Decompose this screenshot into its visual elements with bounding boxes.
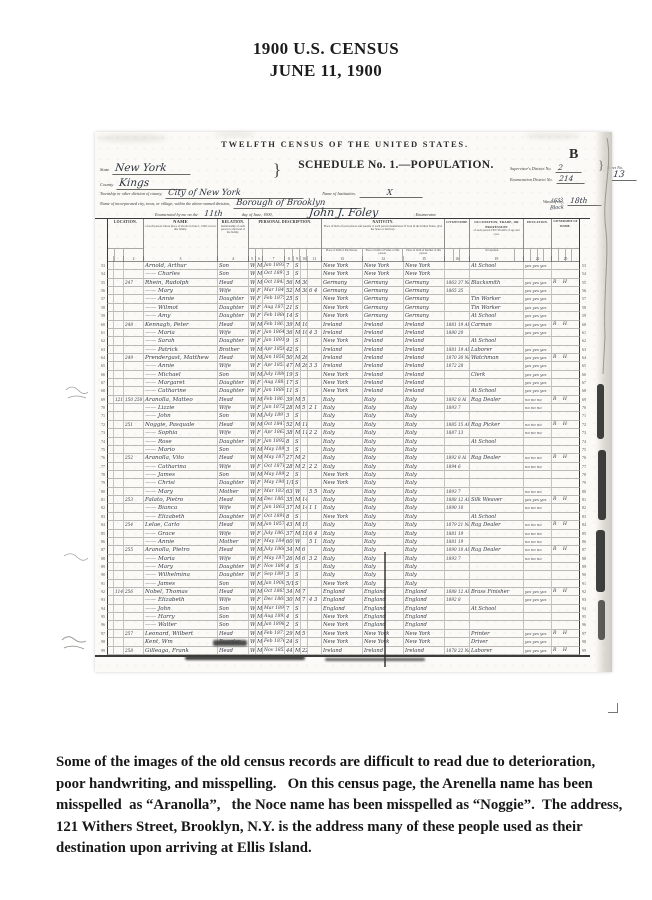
- line-number-left: 67: [95, 379, 107, 387]
- cell-education: no no no: [524, 555, 552, 563]
- cell-race: W: [249, 346, 256, 354]
- cell-street: [107, 463, 114, 471]
- line-number-right: 91: [580, 580, 590, 588]
- cell-family-number: [124, 312, 144, 320]
- table-row: 62 —— Sarah Daughter W F Jan 1891 9 S Ne…: [95, 337, 590, 345]
- cell-father-birthplace: Italy: [363, 446, 404, 454]
- cell-place-of-birth: Italy: [322, 412, 363, 420]
- cell-date-of-birth: Oct 1897: [263, 270, 285, 278]
- cell-mother-birthplace: Italy: [404, 479, 445, 487]
- cell-years-married: 26: [301, 362, 308, 370]
- enumerator-label: , Enumerator.: [414, 212, 437, 217]
- cell-family-number: [124, 329, 144, 337]
- cell-mother-birthplace: Italy: [404, 513, 445, 521]
- cell-ownership: [552, 571, 580, 579]
- cell-years-married: [301, 312, 308, 320]
- cell-name: Aranolla, Pietro: [144, 546, 218, 554]
- cell-house-number: [114, 412, 124, 420]
- cell-citizenship: 1865 35: [445, 287, 470, 295]
- cell-mother-birthplace: England: [404, 621, 445, 629]
- cell-age: 5/12: [285, 580, 294, 588]
- cell-house-number: [114, 438, 124, 446]
- table-row: 65 —— Annie Wife W F Apr 1853 47 M 26 3 …: [95, 362, 590, 370]
- cell-citizenship: [445, 571, 470, 579]
- cell-name: —— Annie: [144, 295, 218, 303]
- cell-citizenship: [445, 312, 470, 320]
- cell-ownership: [552, 295, 580, 303]
- cell-marital-status: S: [294, 479, 301, 487]
- cell-age: 3: [285, 446, 294, 454]
- cell-citizenship: [445, 304, 470, 312]
- cell-children: [308, 638, 322, 646]
- cell-children: [308, 613, 322, 621]
- cell-name: —— Mary: [144, 488, 218, 496]
- cell-years-married: 30: [301, 279, 308, 287]
- line-number-right: 71: [580, 412, 590, 420]
- cell-place-of-birth: Italy: [322, 504, 363, 512]
- cell-age: 43: [285, 521, 294, 529]
- cell-relation: Daughter: [218, 387, 249, 395]
- table-row: 72 251 Noggie, Pasquale Head W M Oct 184…: [95, 421, 590, 429]
- cell-relation: Head: [218, 546, 249, 554]
- table-row: 93 —— Elizabeth Wife W F Dec 1869 30 M 7…: [95, 596, 590, 604]
- cell-sex: M: [256, 354, 263, 362]
- cell-mother-birthplace: Italy: [404, 421, 445, 429]
- line-number-right: 90: [580, 571, 590, 579]
- cell-children: [308, 563, 322, 571]
- cell-name: —— Mary: [144, 287, 218, 295]
- cell-name: —— Catharine: [144, 387, 218, 395]
- cell-date-of-birth: May 1873: [263, 454, 285, 462]
- table-row: 89 —— Mary Daughter W F Nov 1895 4 S Ita…: [95, 563, 590, 571]
- cell-father-birthplace: Germany: [363, 312, 404, 320]
- table-row: 83 —— Elizabeth Daughter W F Oct 1891 8 …: [95, 513, 590, 521]
- cell-age: 3: [285, 412, 294, 420]
- cell-sex: M: [256, 270, 263, 278]
- cell-marital-status: M: [294, 555, 301, 563]
- cell-street: [107, 513, 114, 521]
- cell-marital-status: M: [294, 362, 301, 370]
- cell-house-number: [114, 513, 124, 521]
- cell-occupation: [470, 530, 524, 538]
- cell-place-of-birth: Ireland: [322, 647, 363, 655]
- cell-citizenship: 1870 30 Na: [445, 354, 470, 362]
- cell-race: W: [249, 429, 256, 437]
- cell-years-married: 19: [301, 530, 308, 538]
- cell-house-number: [114, 287, 124, 295]
- cell-mother-birthplace: England: [404, 613, 445, 621]
- cell-street: [107, 613, 114, 621]
- cell-marital-status: M: [294, 287, 301, 295]
- cell-mother-birthplace: Ireland: [404, 337, 445, 345]
- table-row: 69 121 150 250 Aranolla, Matteo Head W M…: [95, 396, 590, 404]
- cell-ownership: [552, 362, 580, 370]
- cell-relation: Head: [218, 496, 249, 504]
- cell-street: [107, 538, 114, 546]
- cell-education: [524, 270, 552, 278]
- cell-ownership: R H: [552, 454, 580, 462]
- cell-occupation: At School: [470, 337, 524, 345]
- cell-house-number: [114, 621, 124, 629]
- cell-children: [308, 262, 322, 270]
- cell-relation: Daughter: [218, 295, 249, 303]
- cell-race: W: [249, 504, 256, 512]
- cell-education: yes yes yes: [524, 354, 552, 362]
- cell-family-number: 251: [124, 421, 144, 429]
- cell-mother-birthplace: Italy: [404, 438, 445, 446]
- cell-house-number: [114, 321, 124, 329]
- cell-family-number: 257: [124, 630, 144, 638]
- cell-children: [308, 396, 322, 404]
- cell-sex: F: [256, 429, 263, 437]
- cell-ownership: [552, 538, 580, 546]
- cell-sex: M: [256, 621, 263, 629]
- line-number-right: 88: [580, 555, 590, 563]
- cell-age: 28: [285, 404, 294, 412]
- cell-family-number: 254: [124, 521, 144, 529]
- cell-house-number: [114, 304, 124, 312]
- cell-occupation: [470, 471, 524, 479]
- cell-ownership: R H: [552, 630, 580, 638]
- cell-date-of-birth: Apr 1862: [263, 429, 285, 437]
- cell-citizenship: 1890 10 Al: [445, 546, 470, 554]
- table-row: 74 —— Rose Daughter W F Jan 1892 8 S Ita…: [95, 438, 590, 446]
- cell-race: W: [249, 262, 256, 270]
- caption-line: poor handwriting, and misspelling. On th…: [56, 774, 616, 796]
- cell-father-birthplace: Italy: [363, 521, 404, 529]
- name-sublabel: of each person whose place of abode on J…: [144, 225, 217, 232]
- cell-mother-birthplace: Italy: [404, 471, 445, 479]
- cell-children: [308, 546, 322, 554]
- line-number-right: 67: [580, 379, 590, 387]
- cell-sex: F: [256, 571, 263, 579]
- cell-occupation: [470, 479, 524, 487]
- cell-family-number: [124, 429, 144, 437]
- education-label: EDUCATION.: [527, 220, 548, 225]
- cell-education: yes yes yes: [524, 596, 552, 604]
- cell-ownership: [552, 596, 580, 604]
- cell-citizenship: [445, 412, 470, 420]
- cell-ownership: [552, 312, 580, 320]
- line-number-left: 70: [95, 404, 107, 412]
- cell-children: 5 5: [308, 488, 322, 496]
- cell-relation: Wife: [218, 362, 249, 370]
- cell-children: 5 1: [308, 538, 322, 546]
- cell-children: 3 2: [308, 555, 322, 563]
- cell-age: 29: [285, 630, 294, 638]
- cell-citizenship: [445, 387, 470, 395]
- cell-mother-birthplace: Ireland: [404, 362, 445, 370]
- cell-mother-birthplace: New York: [404, 262, 445, 270]
- cell-relation: Son: [218, 580, 249, 588]
- personal-label: PERSONAL DESCRIPTION.: [259, 220, 312, 225]
- cell-street: [107, 530, 114, 538]
- line-number-left: 89: [95, 563, 107, 571]
- cell-age: 38: [285, 429, 294, 437]
- cell-race: W: [249, 404, 256, 412]
- line-number-right: 86: [580, 538, 590, 546]
- cell-marital-status: S: [294, 304, 301, 312]
- cell-father-birthplace: Ireland: [363, 346, 404, 354]
- cell-children: [308, 605, 322, 613]
- cell-relation: Head: [218, 279, 249, 287]
- cell-occupation: [470, 504, 524, 512]
- cell-family-number: [124, 530, 144, 538]
- caption-line: misspelled as “Aranolla”, the Noce name …: [56, 795, 616, 817]
- cell-sex: F: [256, 538, 263, 546]
- cell-date-of-birth: Oct 1871: [263, 463, 285, 471]
- cell-date-of-birth: Oct 1891: [263, 513, 285, 521]
- cell-date-of-birth: Jan 1863: [263, 504, 285, 512]
- cell-children: [308, 454, 322, 462]
- cell-race: W: [249, 647, 256, 655]
- cell-children: 4 3: [308, 329, 322, 337]
- line-number-right: 74: [580, 438, 590, 446]
- line-number-right: 87: [580, 546, 590, 554]
- cell-ownership: [552, 638, 580, 646]
- cell-family-number: [124, 446, 144, 454]
- cell-occupation: [470, 362, 524, 370]
- table-body: 53 Arnold, Arthur Son W M Jan 1893 7 S N…: [95, 262, 590, 657]
- cell-years-married: [301, 438, 308, 446]
- cell-marital-status: S: [294, 446, 301, 454]
- cell-name: —— Michael: [144, 371, 218, 379]
- cell-ownership: [552, 371, 580, 379]
- cell-family-number: [124, 287, 144, 295]
- cell-citizenship: 1881 19: [445, 538, 470, 546]
- line-number-right: 95: [580, 613, 590, 621]
- cell-relation: Wife: [218, 555, 249, 563]
- cell-ownership: R H: [552, 588, 580, 596]
- cell-name: —— Catharina: [144, 463, 218, 471]
- cell-occupation: [470, 429, 524, 437]
- table-row: 92 114 116 256 Nobel, Thomas Head W M Oc…: [95, 588, 590, 596]
- cell-age: 8: [285, 513, 294, 521]
- table-row: 87 255 Aranolla, Pietro Head W M July 18…: [95, 546, 590, 554]
- cell-mother-birthplace: Italy: [404, 555, 445, 563]
- cell-age: 44: [285, 647, 294, 655]
- cell-relation: Daughter: [218, 379, 249, 387]
- cell-name: —— Annie: [144, 538, 218, 546]
- line-number-left: 68: [95, 387, 107, 395]
- cell-years-married: [301, 304, 308, 312]
- cell-marital-status: M: [294, 521, 301, 529]
- cell-father-birthplace: Germany: [363, 279, 404, 287]
- cell-relation: Daughter: [218, 563, 249, 571]
- cell-children: [308, 446, 322, 454]
- line-number-right: 73: [580, 429, 590, 437]
- cell-education: yes yes yes: [524, 295, 552, 303]
- cell-race: W: [249, 479, 256, 487]
- cell-place-of-birth: New York: [322, 471, 363, 479]
- cell-age: 47: [285, 362, 294, 370]
- cell-family-number: [124, 555, 144, 563]
- cell-marital-status: M: [294, 496, 301, 504]
- cell-relation: Head: [218, 396, 249, 404]
- cell-place-of-birth: Italy: [322, 571, 363, 579]
- table-row: 99 258 Gilleaga, Frank Head W M Nov 1855…: [95, 647, 590, 655]
- scan-noise: [215, 132, 255, 137]
- cell-marital-status: M: [294, 463, 301, 471]
- cell-name: —— Wilmot: [144, 304, 218, 312]
- line-number-right: 82: [580, 504, 590, 512]
- cell-sex: F: [256, 379, 263, 387]
- cell-citizenship: 1880 20: [445, 329, 470, 337]
- cell-name: —— Amy: [144, 312, 218, 320]
- line-number-right: 56: [580, 287, 590, 295]
- cell-education: yes yes yes: [524, 287, 552, 295]
- cell-race: W: [249, 379, 256, 387]
- cell-marital-status: S: [294, 605, 301, 613]
- cell-years-married: [301, 571, 308, 579]
- cell-house-number: [114, 605, 124, 613]
- cell-education: yes yes yes: [524, 387, 552, 395]
- cell-occupation: [470, 563, 524, 571]
- state-label: State: [100, 167, 109, 172]
- cell-sex: F: [256, 513, 263, 521]
- cell-place-of-birth: England: [322, 605, 363, 613]
- cell-family-number: [124, 596, 144, 604]
- cell-marital-status: W: [294, 488, 301, 496]
- cell-place-of-birth: Italy: [322, 454, 363, 462]
- line-number-right: 99: [580, 647, 590, 655]
- cell-citizenship: [445, 262, 470, 270]
- cell-relation: Head: [218, 630, 249, 638]
- cell-name: —— Grace: [144, 530, 218, 538]
- cell-place-of-birth: New York: [322, 304, 363, 312]
- cell-education: yes yes yes: [524, 262, 552, 270]
- cell-house-number: [114, 488, 124, 496]
- cell-date-of-birth: Nov 1895: [263, 563, 285, 571]
- cell-years-married: [301, 337, 308, 345]
- cell-age: 39: [285, 396, 294, 404]
- cell-sex: M: [256, 580, 263, 588]
- cell-marital-status: S: [294, 379, 301, 387]
- line-number-right: 59: [580, 312, 590, 320]
- cell-children: [308, 438, 322, 446]
- cell-ownership: [552, 304, 580, 312]
- cell-education: no no no: [524, 546, 552, 554]
- cell-relation: Head: [218, 421, 249, 429]
- line-number-left: 92: [95, 588, 107, 596]
- cell-place-of-birth: Ireland: [322, 329, 363, 337]
- cell-relation: Brother: [218, 346, 249, 354]
- cell-place-of-birth: Italy: [322, 429, 363, 437]
- cell-name: Aranolla, Matteo: [144, 396, 218, 404]
- cell-date-of-birth: Nov 1855: [263, 647, 285, 655]
- table-row: 60 248 Kennagh, Peter Head W M Feb 1861 …: [95, 321, 590, 329]
- cell-date-of-birth: May 1900: [263, 479, 285, 487]
- cell-marital-status: S: [294, 346, 301, 354]
- cell-father-birthplace: New York: [363, 270, 404, 278]
- cell-place-of-birth: Italy: [322, 396, 363, 404]
- cell-occupation: Silk Weaver: [470, 496, 524, 504]
- cell-family-number: 248: [124, 321, 144, 329]
- cell-marital-status: M: [294, 504, 301, 512]
- cell-years-married: 10: [301, 329, 308, 337]
- line-number-left: 98: [95, 638, 107, 646]
- cell-place-of-birth: Italy: [322, 438, 363, 446]
- line-number-left: 85: [95, 530, 107, 538]
- cell-date-of-birth: July 1863: [263, 530, 285, 538]
- cell-family-number: [124, 605, 144, 613]
- cell-years-married: 7: [301, 588, 308, 596]
- cell-relation: Son: [218, 262, 249, 270]
- line-number-right: 97: [580, 630, 590, 638]
- cell-years-married: [301, 638, 308, 646]
- cell-date-of-birth: Dec 1869: [263, 596, 285, 604]
- cell-street: [107, 647, 114, 655]
- cell-education: [524, 563, 552, 571]
- cell-ownership: [552, 438, 580, 446]
- cell-street: [107, 546, 114, 554]
- line-number-left: 54: [95, 270, 107, 278]
- cell-place-of-birth: Ireland: [322, 362, 363, 370]
- cell-children: [308, 621, 322, 629]
- line-number-left: 97: [95, 630, 107, 638]
- line-number-right: 66: [580, 371, 590, 379]
- cell-mother-birthplace: Germany: [404, 287, 445, 295]
- cell-date-of-birth: July 1897: [263, 412, 285, 420]
- form-heading: TWELFTH CENSUS OF THE UNITED STATES.: [95, 139, 595, 149]
- cell-occupation: Laborer: [470, 647, 524, 655]
- cell-ownership: [552, 530, 580, 538]
- cell-father-birthplace: Italy: [363, 530, 404, 538]
- cell-name: Gilleaga, Frank: [144, 647, 218, 655]
- cell-race: W: [249, 421, 256, 429]
- cell-family-number: 256: [124, 588, 144, 596]
- cell-children: [308, 371, 322, 379]
- cell-age: 27: [285, 454, 294, 462]
- cell-age: 1/12: [285, 479, 294, 487]
- cell-citizenship: 1881 19: [445, 530, 470, 538]
- cell-place-of-birth: Italy: [322, 463, 363, 471]
- cell-occupation: [470, 446, 524, 454]
- cell-name: —— Wilhelmina: [144, 571, 218, 579]
- table-row: 63 —— Patrick Brother W M Apr 1858 42 S …: [95, 346, 590, 354]
- cell-occupation: Rag Picker: [470, 421, 524, 429]
- cell-street: [107, 521, 114, 529]
- cell-street: [107, 454, 114, 462]
- cell-father-birthplace: New York: [363, 262, 404, 270]
- cell-relation: Wife: [218, 596, 249, 604]
- paper-edge-line: [593, 136, 613, 376]
- cell-ownership: [552, 270, 580, 278]
- line-number-right: 79: [580, 479, 590, 487]
- cell-years-married: 26: [301, 354, 308, 362]
- cell-sex: F: [256, 287, 263, 295]
- cell-sex: M: [256, 371, 263, 379]
- cell-years-married: [301, 379, 308, 387]
- cell-sex: F: [256, 530, 263, 538]
- cell-ownership: [552, 446, 580, 454]
- cell-children: [308, 337, 322, 345]
- cell-family-number: [124, 379, 144, 387]
- page-title: 1900 U.S. CENSUS JUNE 11, 1900: [0, 38, 652, 82]
- cell-marital-status: S: [294, 387, 301, 395]
- ownership-label: OWNERSHIP OF HOME.: [552, 220, 579, 229]
- cell-mother-birthplace: Germany: [404, 279, 445, 287]
- cell-name: —— Elizabeth: [144, 596, 218, 604]
- enumeration-field: Enumeration District No. 214: [510, 168, 585, 186]
- cell-sex: F: [256, 479, 263, 487]
- cell-sex: M: [256, 421, 263, 429]
- cell-occupation: [470, 488, 524, 496]
- cell-education: [524, 479, 552, 487]
- cell-family-number: [124, 638, 144, 646]
- table-row: 80 —— Mary Mother W F Mar 1837 63 W 5 5 …: [95, 488, 590, 496]
- cell-name: Rhein, Rudolph: [144, 279, 218, 287]
